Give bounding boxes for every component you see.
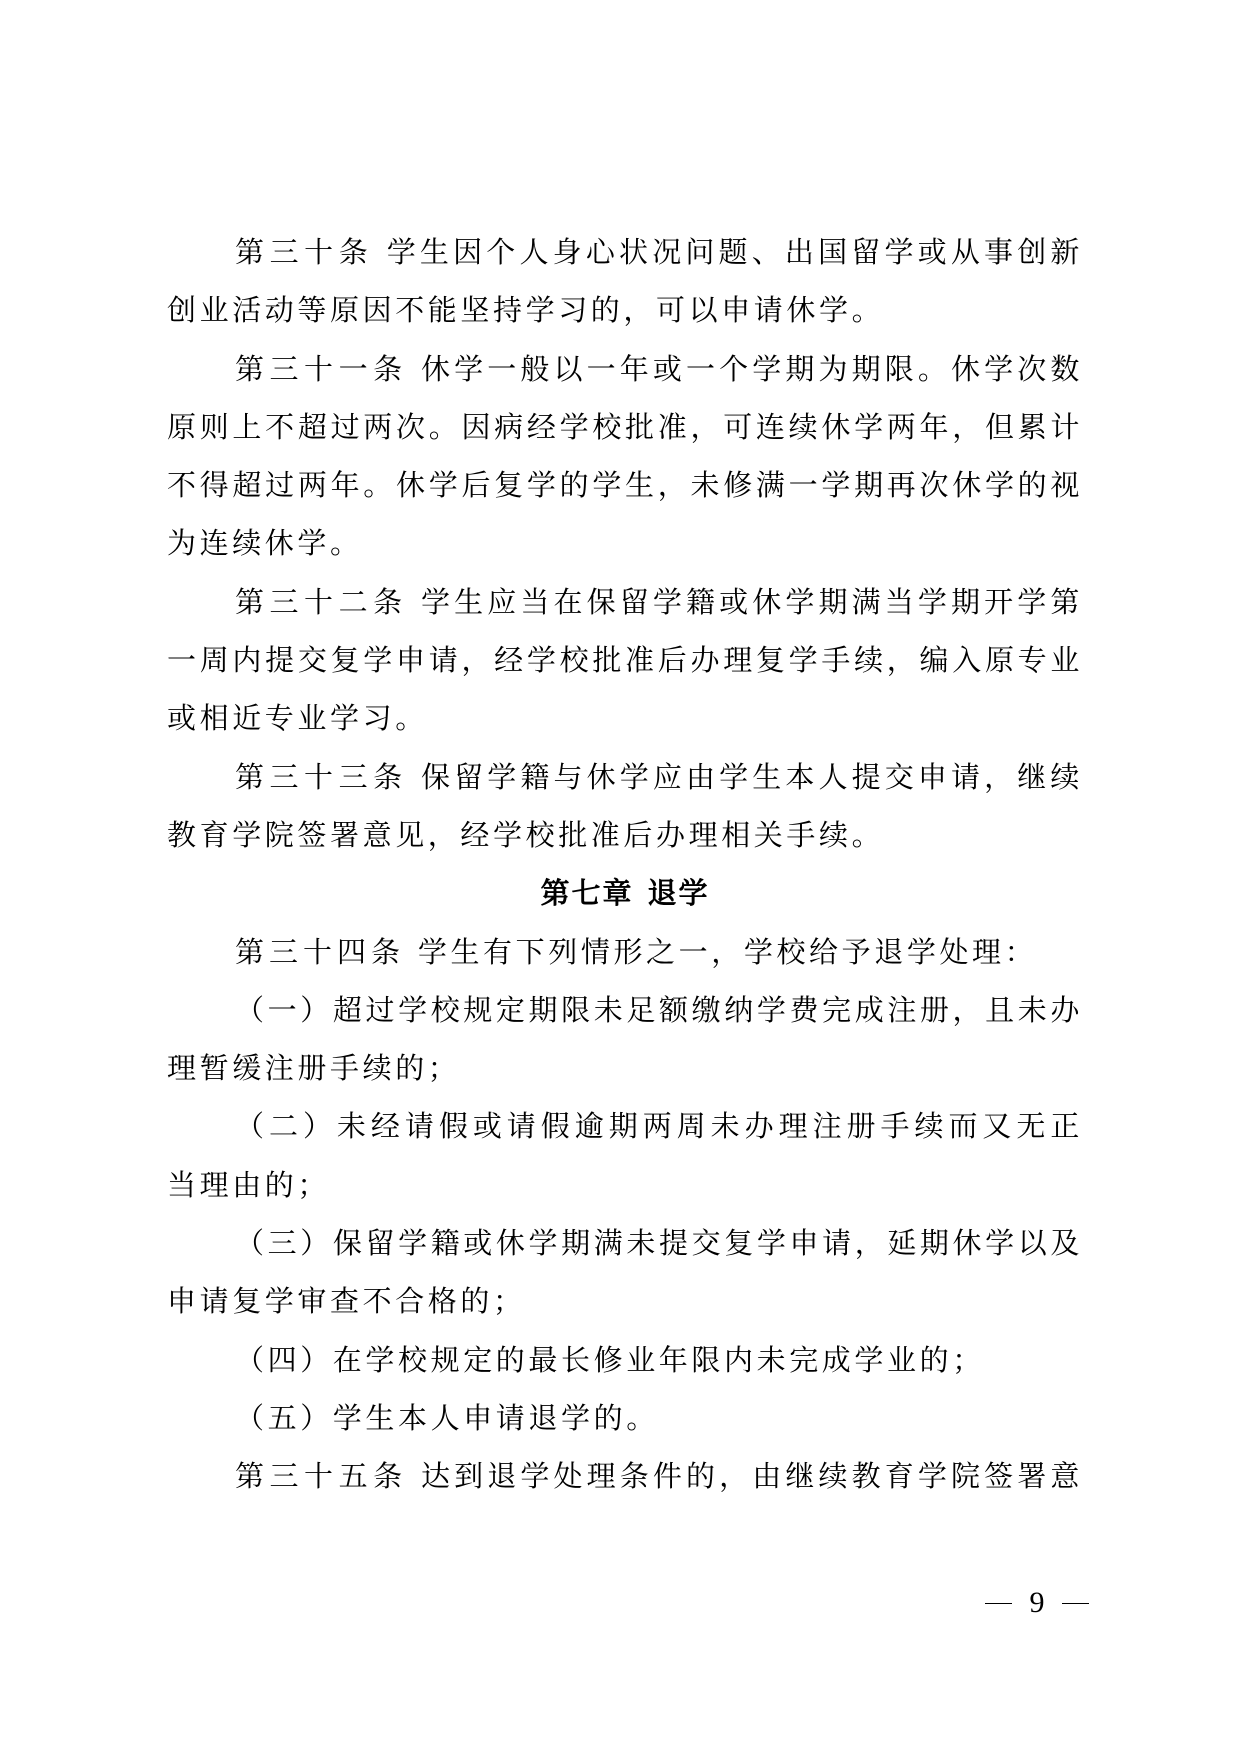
article-34-item-2-line-2: 当理由的； bbox=[167, 1156, 1083, 1214]
article-label: 第三十二条 bbox=[235, 585, 408, 619]
article-text: 学生有下列情形之一，学校给予退学处理： bbox=[418, 935, 1037, 969]
article-32-line-2: 一周内提交复学申请，经学校批准后办理复学手续，编入原专业 bbox=[167, 631, 1083, 689]
article-34-item-3-line-2: 申请复学审查不合格的； bbox=[167, 1272, 1083, 1330]
article-text: 达到退学处理条件的，由继续教育学院签署意 bbox=[421, 1459, 1083, 1493]
article-35-line-1: 第三十五条 达到退学处理条件的，由继续教育学院签署意 bbox=[167, 1447, 1083, 1505]
article-34-item-3-line-1: （三）保留学籍或休学期满未提交复学申请，延期休学以及 bbox=[167, 1214, 1083, 1272]
article-33-line-2: 教育学院签署意见，经学校批准后办理相关手续。 bbox=[167, 806, 1083, 864]
article-31-line-4: 为连续休学。 bbox=[167, 514, 1083, 572]
article-31-line-2: 原则上不超过两次。因病经学校批准，可连续休学两年，但累计 bbox=[167, 398, 1083, 456]
article-34-item-4: （四）在学校规定的最长修业年限内未完成学业的； bbox=[167, 1331, 1083, 1389]
article-30-line-1: 第三十条 学生因个人身心状况问题、出国留学或从事创新 bbox=[167, 223, 1083, 281]
chapter-heading: 第七章退学 bbox=[167, 864, 1083, 922]
article-text: 学生应当在保留学籍或休学期满当学期开学第 bbox=[421, 585, 1083, 619]
chapter-title: 退学 bbox=[648, 876, 710, 910]
article-text: 保留学籍与休学应由学生本人提交申请，继续 bbox=[421, 760, 1083, 794]
article-32-line-3: 或相近专业学习。 bbox=[167, 689, 1083, 747]
article-34-item-1-line-2: 理暂缓注册手续的； bbox=[167, 1039, 1083, 1097]
article-label: 第三十三条 bbox=[235, 760, 408, 794]
article-label: 第三十一条 bbox=[235, 352, 408, 386]
article-31-line-1: 第三十一条 休学一般以一年或一个学期为期限。休学次数 bbox=[167, 340, 1083, 398]
document-body: 第三十条 学生因个人身心状况问题、出国留学或从事创新 创业活动等原因不能坚持学习… bbox=[167, 223, 1083, 1506]
article-30-line-2: 创业活动等原因不能坚持学习的，可以申请休学。 bbox=[167, 281, 1083, 339]
article-32-line-1: 第三十二条 学生应当在保留学籍或休学期满当学期开学第 bbox=[167, 573, 1083, 631]
article-label: 第三十五条 bbox=[235, 1459, 408, 1493]
article-31-line-3: 不得超过两年。休学后复学的学生，未修满一学期再次休学的视 bbox=[167, 456, 1083, 514]
page-number-dash-left bbox=[985, 1603, 1012, 1604]
chapter-number: 第七章 bbox=[540, 876, 633, 910]
article-label: 第三十四条 bbox=[235, 935, 405, 969]
article-text: 休学一般以一年或一个学期为期限。休学次数 bbox=[421, 352, 1083, 386]
article-34-item-5: （五）学生本人申请退学的。 bbox=[167, 1389, 1083, 1447]
article-33-line-1: 第三十三条 保留学籍与休学应由学生本人提交申请，继续 bbox=[167, 748, 1083, 806]
article-34-line-1: 第三十四条 学生有下列情形之一，学校给予退学处理： bbox=[167, 923, 1083, 981]
article-text: 学生因个人身心状况问题、出国留学或从事创新 bbox=[387, 235, 1083, 269]
document-page: 第三十条 学生因个人身心状况问题、出国留学或从事创新 创业活动等原因不能坚持学习… bbox=[0, 0, 1240, 1754]
page-number-value: 9 bbox=[1030, 1586, 1045, 1620]
page-number: 9 bbox=[985, 1588, 1089, 1618]
article-label: 第三十条 bbox=[235, 235, 373, 269]
article-34-item-2-line-1: （二）未经请假或请假逾期两周未办理注册手续而又无正 bbox=[167, 1097, 1083, 1155]
article-34-item-1-line-1: （一）超过学校规定期限未足额缴纳学费完成注册，且未办 bbox=[167, 981, 1083, 1039]
page-number-dash-right bbox=[1062, 1603, 1089, 1604]
